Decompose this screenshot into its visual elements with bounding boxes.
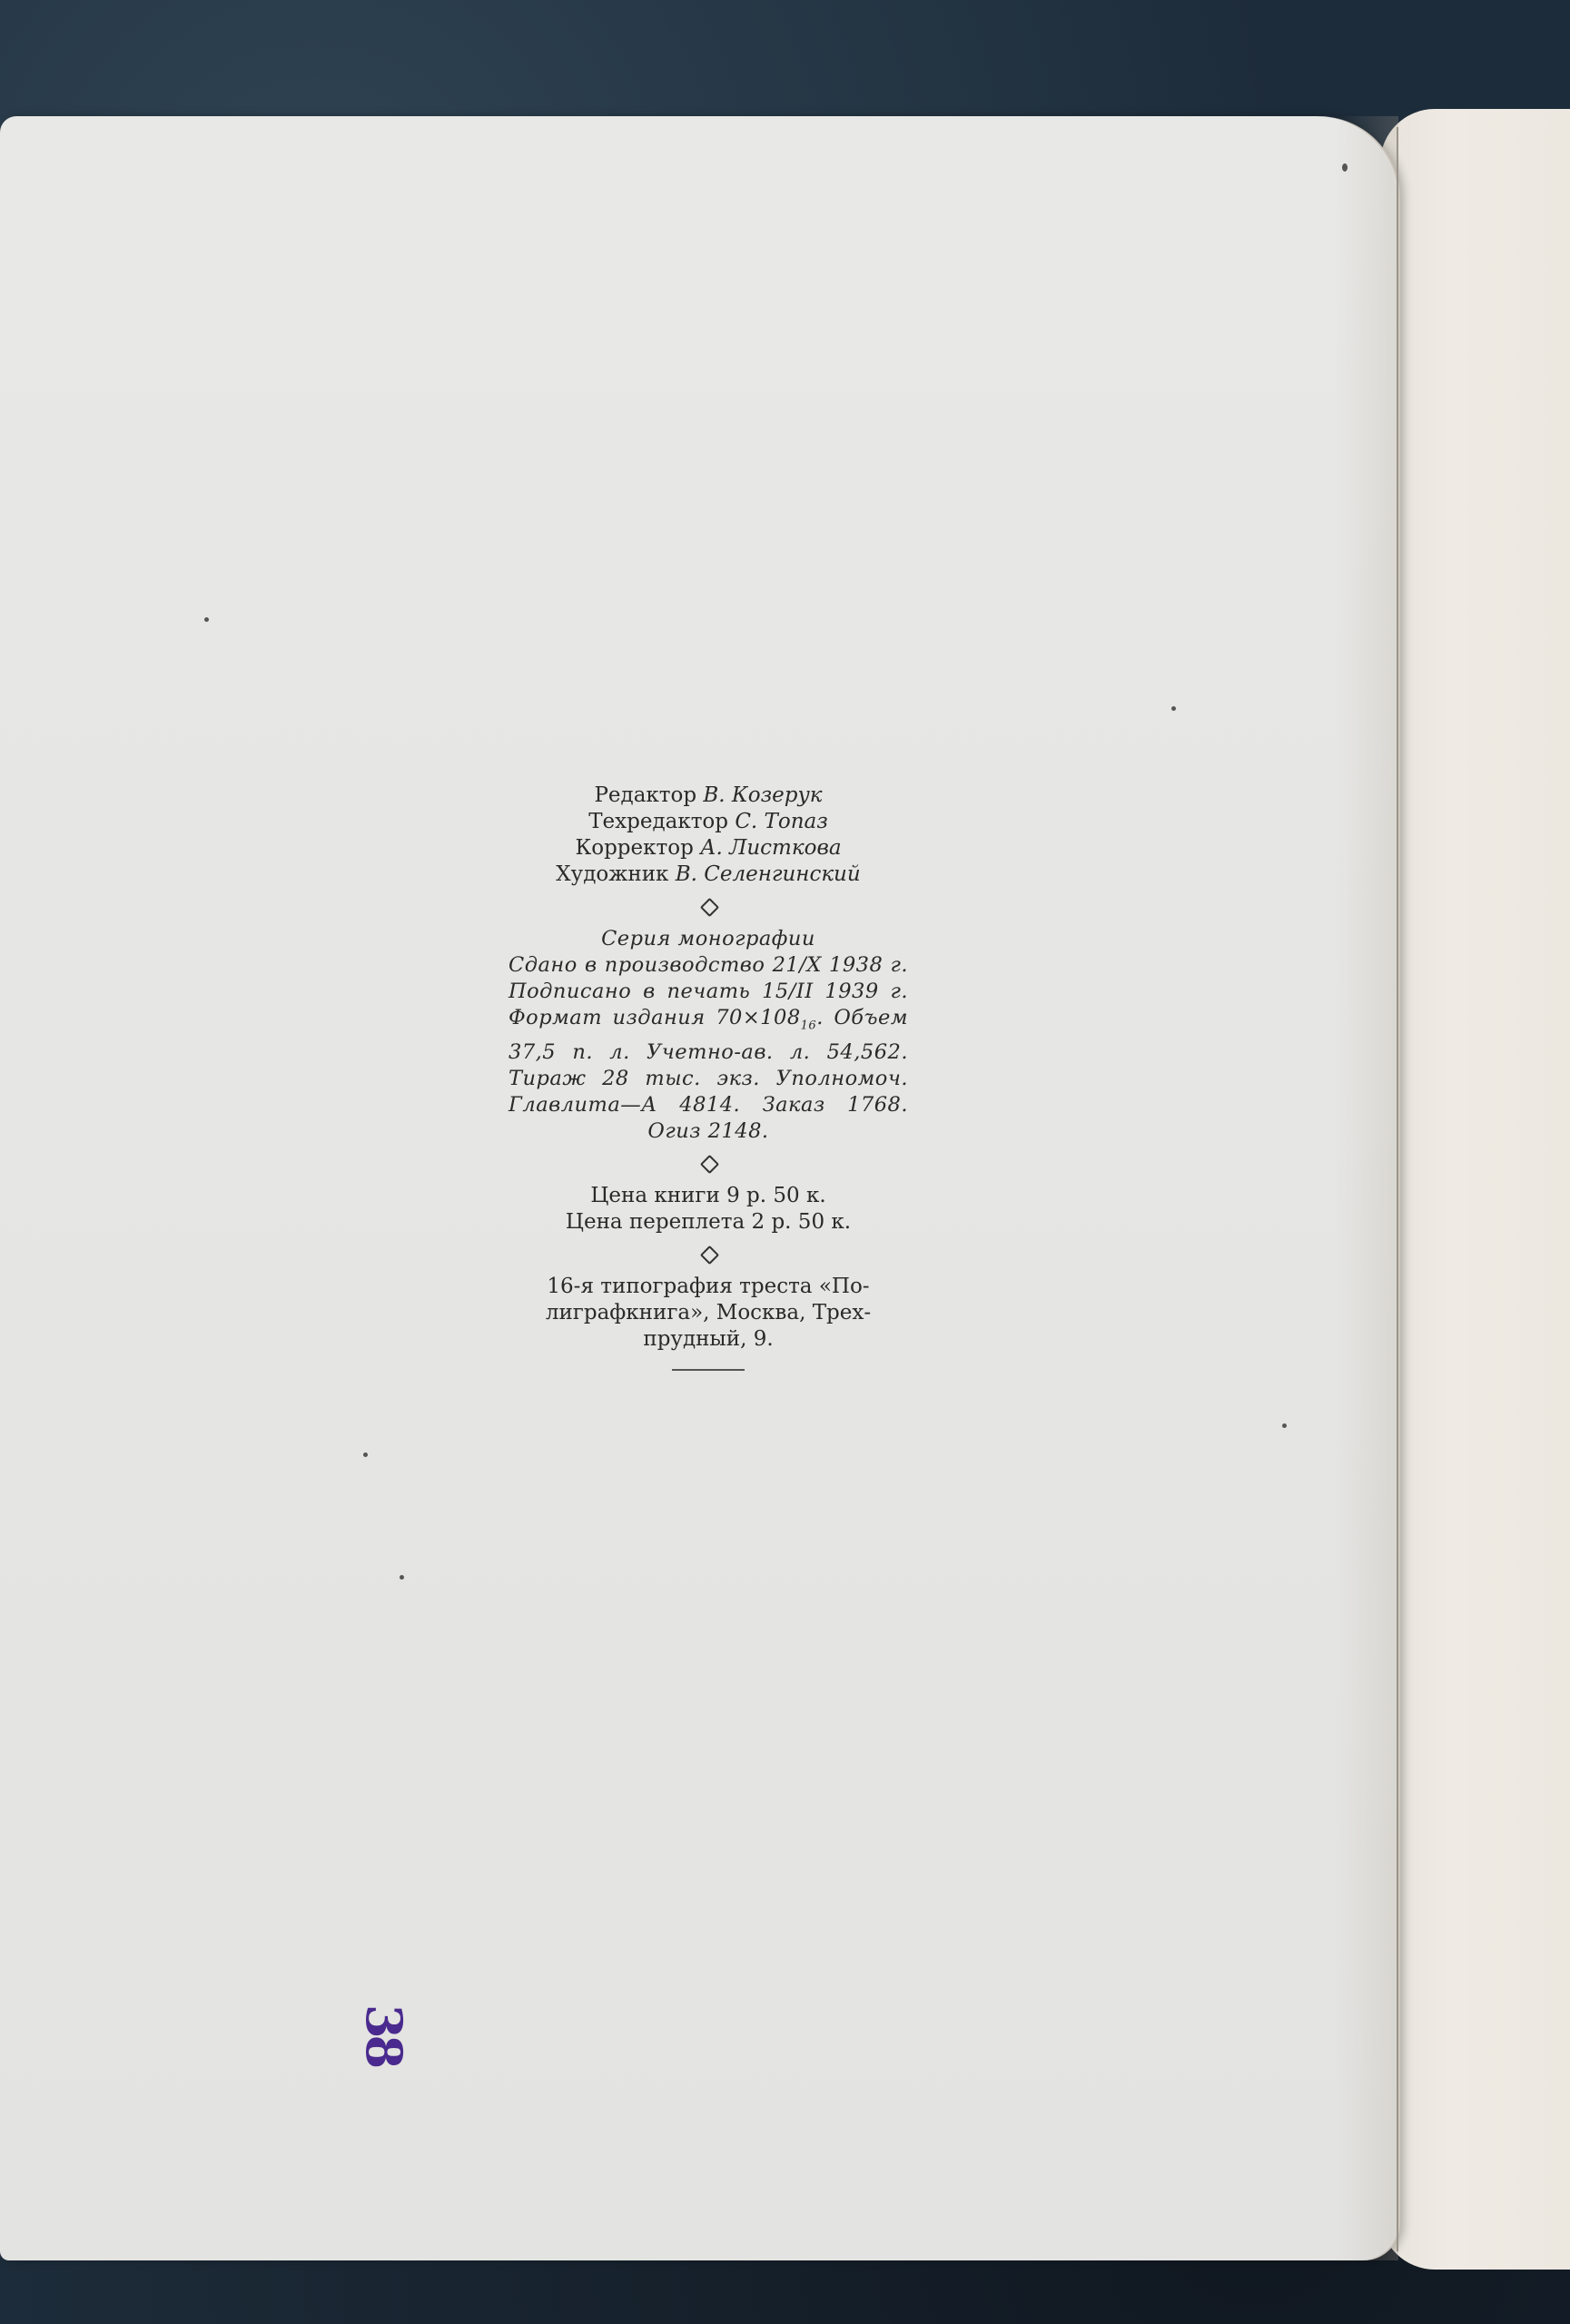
credit-name: В. Селенгинский: [676, 862, 861, 886]
publication-details: Серия монографии Сдано в производство 21…: [509, 926, 908, 1145]
printer-block: 16-я типография треста «По- лиграфкнига»…: [509, 1274, 908, 1353]
printer-line: прудный, 9.: [509, 1326, 908, 1353]
credits-block: Редактор В. Козерук Техредактор С. Топаз…: [509, 783, 908, 888]
credit-role: Художник: [556, 862, 668, 886]
paper-speck: [363, 1452, 368, 1457]
credit-name: С. Топаз: [735, 810, 827, 833]
facing-page: [1380, 109, 1570, 2270]
colophon: Редактор В. Козерук Техредактор С. Топаз…: [509, 783, 908, 1371]
credit-role: Редактор: [594, 783, 696, 807]
credit-proofreader: Корректор А. Листкова: [509, 835, 908, 862]
diamond-ornament-icon: [699, 1245, 717, 1263]
book-price: Цена книги 9 р. 50 к.: [509, 1183, 908, 1209]
credit-role: Техредактор: [588, 810, 728, 833]
diamond-ornament-icon: [699, 1154, 717, 1172]
diamond-ornament-icon: [699, 897, 717, 915]
page-gutter: [1397, 127, 1398, 2251]
format-subscript: 16: [801, 1019, 817, 1033]
paper-speck: [204, 617, 209, 622]
credit-role: Корректор: [575, 836, 693, 860]
credit-tech-editor: Техредактор С. Топаз: [509, 809, 908, 835]
library-stamp: 38: [352, 2004, 416, 2050]
credit-name: В. Козерук: [703, 783, 822, 807]
binding-price: Цена переплета 2 р. 50 к.: [509, 1209, 908, 1236]
credit-name: А. Листкова: [700, 836, 841, 860]
paper-speck: [1342, 163, 1348, 172]
credit-artist: Художник В. Селенгинский: [509, 862, 908, 888]
end-rule: [672, 1369, 745, 1371]
series-title: Серия монографии: [509, 926, 908, 952]
price-block: Цена книги 9 р. 50 к. Цена переплета 2 р…: [509, 1183, 908, 1236]
paper-speck: [1282, 1423, 1287, 1428]
paper-speck: [400, 1575, 404, 1580]
printer-line: 16-я типография треста «По-: [509, 1274, 908, 1300]
paper-speck: [1171, 706, 1176, 711]
credit-editor: Редактор В. Козерук: [509, 783, 908, 809]
printer-line: лиграфкнига», Москва, Трех-: [509, 1300, 908, 1326]
